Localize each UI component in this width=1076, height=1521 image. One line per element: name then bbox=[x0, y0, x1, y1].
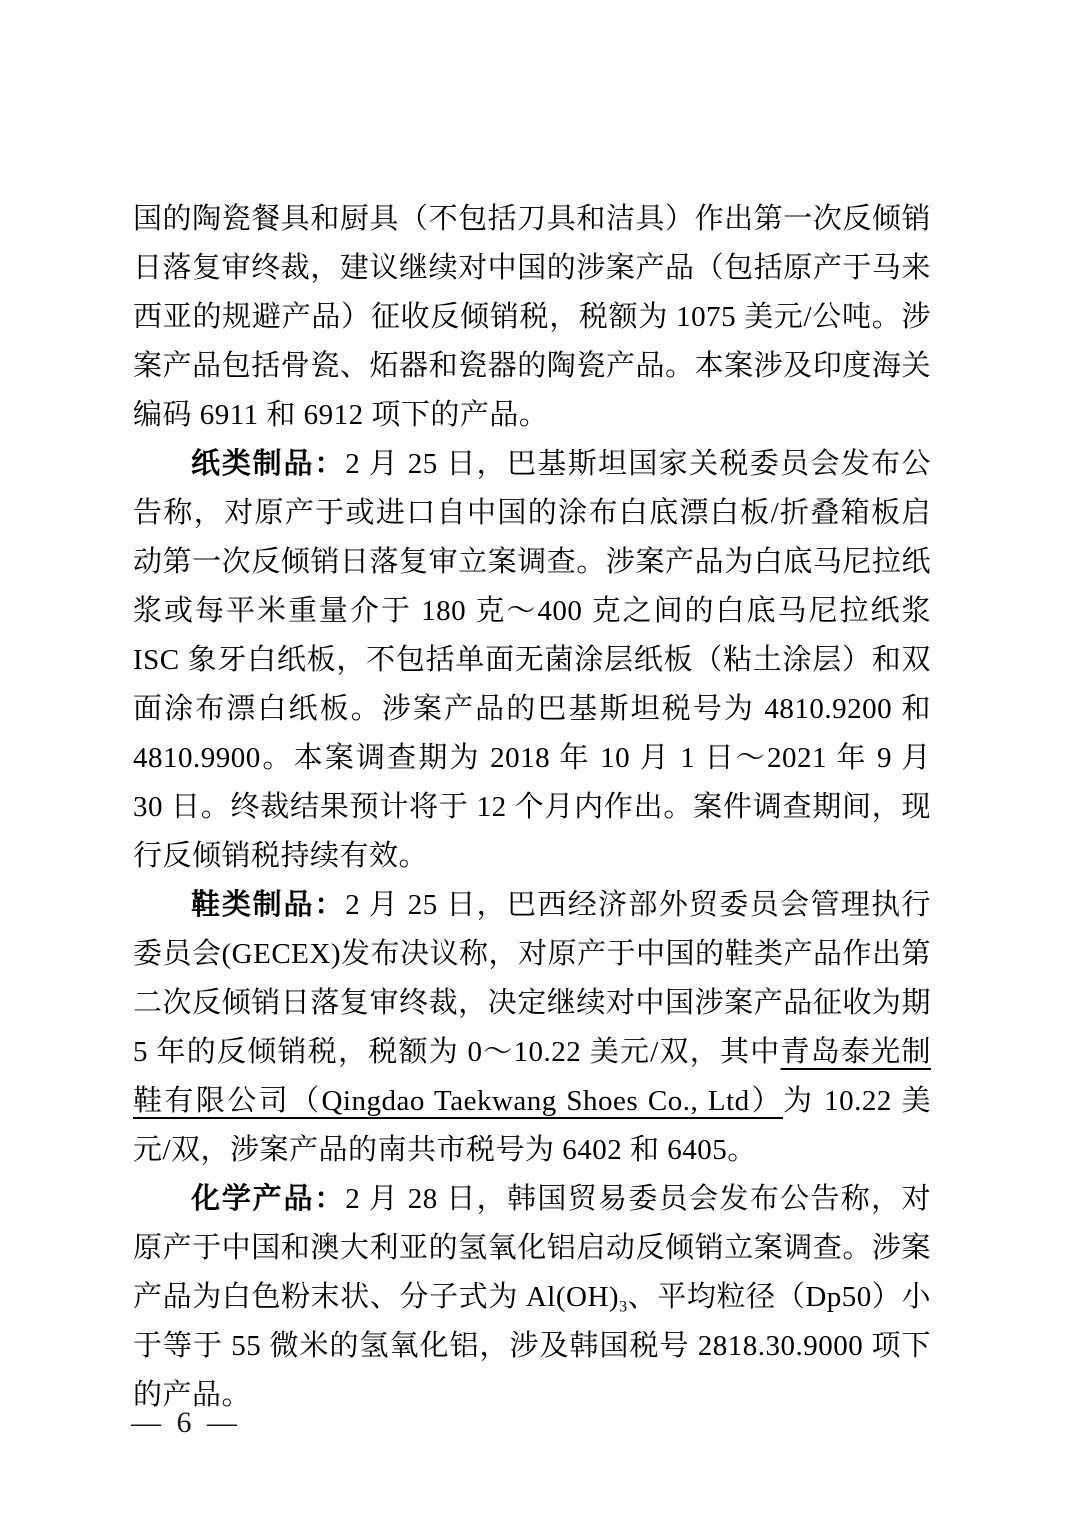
document-page: 国的陶瓷餐具和厨具（不包括刀具和洁具）作出第一次反倾销日落复审终裁，建议继续对中… bbox=[0, 0, 1076, 1521]
text-run: 国的陶瓷餐具和厨具（不包括刀具和洁具）作出第一次反倾销日落复审终裁，建议继续对中… bbox=[133, 203, 931, 431]
document-body: 国的陶瓷餐具和厨具（不包括刀具和洁具）作出第一次反倾销日落复审终裁，建议继续对中… bbox=[133, 195, 931, 1420]
paragraph: 鞋类制品：2 月 25 日，巴西经济部外贸委员会管理执行委员会(GECEX)发布… bbox=[133, 881, 931, 1175]
paragraph: 化学产品：2 月 28 日，韩国贸易委员会发布公告称，对原产于中国和澳大利亚的氢… bbox=[133, 1175, 931, 1420]
text-run: 2 月 25 日，巴基斯坦国家关税委员会发布公告称，对原产于或进口自中国的涂布白… bbox=[133, 448, 931, 872]
section-heading: 化学产品： bbox=[191, 1183, 345, 1215]
section-heading: 纸类制品： bbox=[191, 448, 345, 480]
paragraph: 国的陶瓷餐具和厨具（不包括刀具和洁具）作出第一次反倾销日落复审终裁，建议继续对中… bbox=[133, 195, 931, 440]
subscript-text: 3 bbox=[619, 1299, 627, 1316]
section-heading: 鞋类制品： bbox=[191, 889, 345, 921]
paragraph: 纸类制品：2 月 25 日，巴基斯坦国家关税委员会发布公告称，对原产于或进口自中… bbox=[133, 440, 931, 881]
page-number: — 6 — bbox=[131, 1403, 241, 1443]
